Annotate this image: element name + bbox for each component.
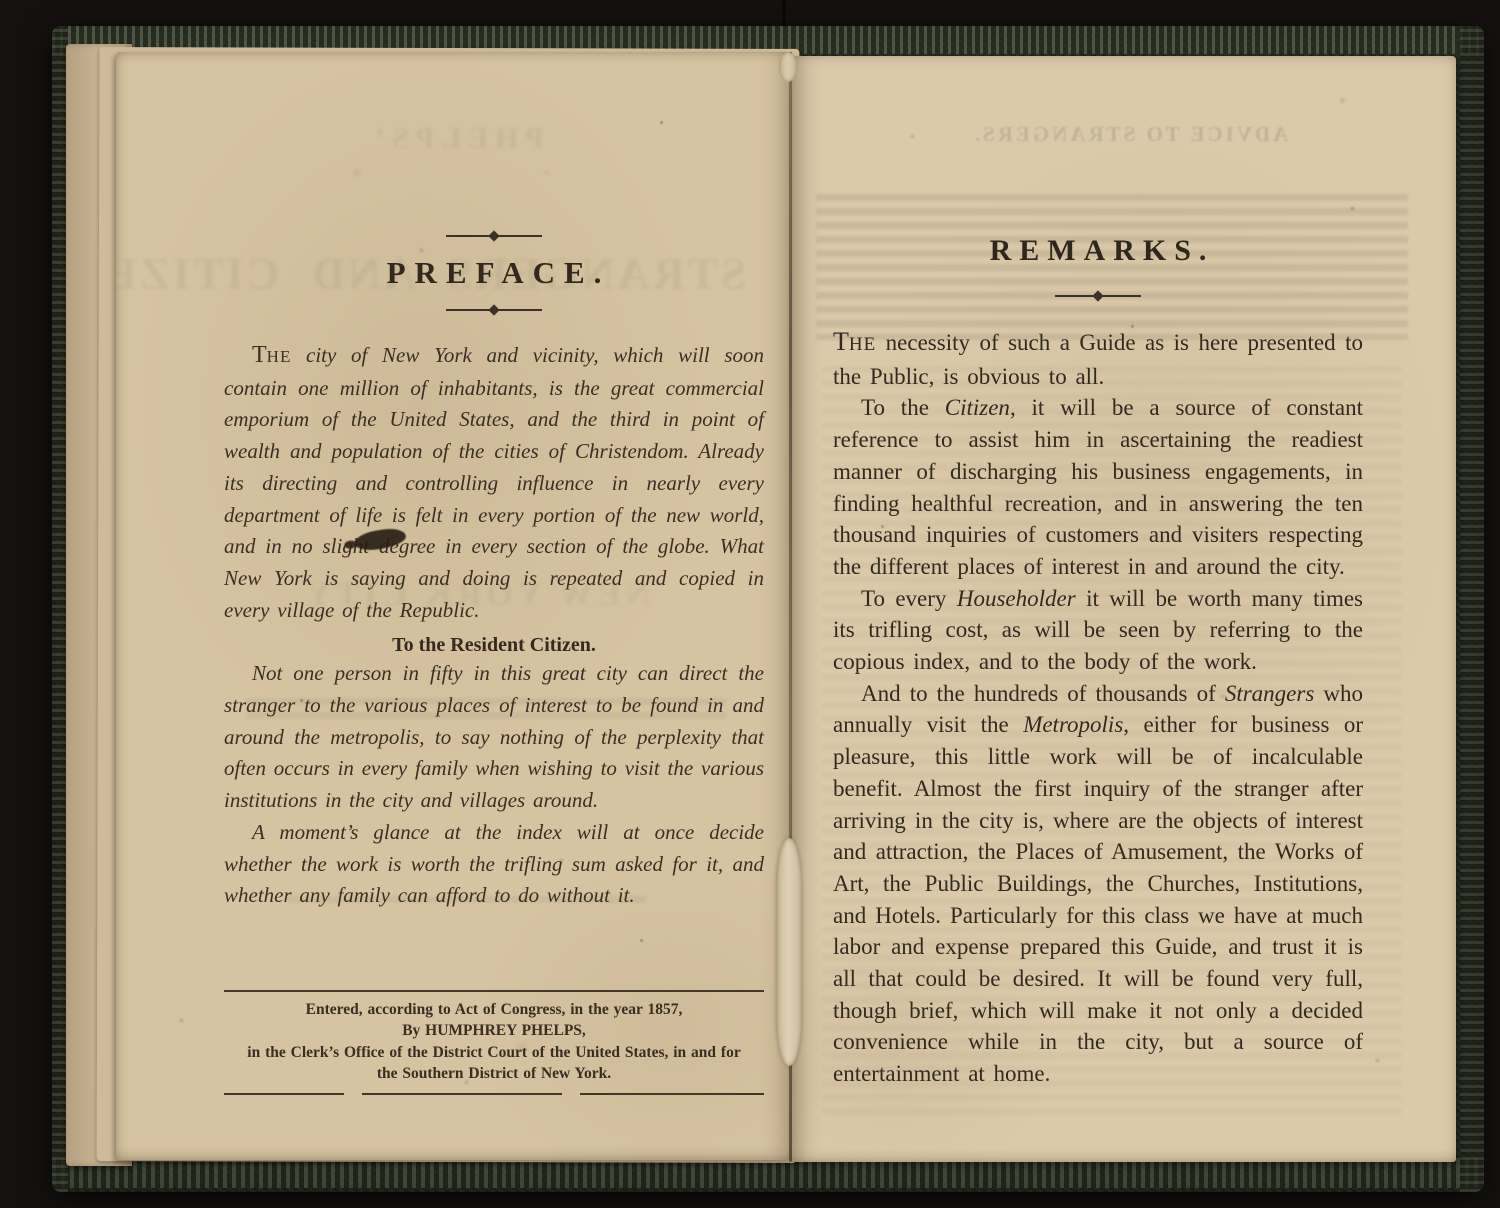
paragraph-text: , it will be a source of constant refere…	[833, 395, 1363, 579]
preface-paragraph-1: THE city of New York and vicinity, which…	[224, 340, 764, 626]
paragraph-text: And to the hundreds of thousands of	[861, 681, 1225, 706]
paragraph-text: To the	[861, 395, 945, 420]
drop-initial: T	[833, 327, 849, 356]
paper-tear-top	[779, 52, 797, 82]
cover-right-edge	[1460, 26, 1484, 1192]
remarks-paragraph-4: And to the hundreds of thousands of Stra…	[833, 678, 1363, 1090]
emphasized-word: Metropolis	[1023, 712, 1123, 737]
copyright-notice: Entered, according to Act of Congress, i…	[224, 990, 764, 1095]
paragraph-text: To every	[861, 586, 957, 611]
emphasized-word: Strangers	[1225, 681, 1314, 706]
preface-content: PREFACE. THE city of New York and vicini…	[224, 232, 764, 1095]
paragraph-text: , either for business or pleasure, this …	[833, 712, 1363, 1086]
drop-initial: T	[252, 342, 267, 368]
copyright-line: in the Clerk’s Office of the District Co…	[224, 1043, 764, 1063]
paragraph-text: necessity of such a Guide as is here pre…	[833, 330, 1363, 389]
diamond-rule-ornament	[446, 306, 542, 314]
diamond-rule-ornament	[446, 232, 542, 240]
copyright-rule-bottom	[224, 1093, 764, 1095]
diamond-rule-ornament	[1055, 292, 1141, 300]
paper-tear	[776, 838, 802, 1066]
remarks-content: REMARKS. THE necessity of such a Guide a…	[833, 234, 1363, 1090]
copyright-rule-top	[224, 990, 764, 992]
remarks-paragraph-3: To every Householder it will be worth ma…	[833, 583, 1363, 678]
small-caps: HE	[849, 334, 876, 355]
right-page: ADVICE TO STRANGERS. REMARKS. THE necess…	[792, 56, 1456, 1162]
copyright-line: Entered, according to Act of Congress, i…	[224, 1000, 764, 1020]
remarks-paragraph-1: THE necessity of such a Guide as is here…	[833, 326, 1363, 392]
paragraph-text: city of New York and vicinity, which wil…	[224, 343, 764, 622]
remarks-paragraph-2: To the Citizen, it will be a source of c…	[833, 392, 1363, 582]
emphasized-word: Householder	[957, 586, 1076, 611]
ghost-text-title: PHELPS’	[226, 122, 686, 156]
remarks-heading: REMARKS.	[833, 234, 1363, 268]
preface-heading: PREFACE.	[224, 256, 764, 290]
copyright-line: the Southern District of New York.	[224, 1064, 764, 1084]
left-page: PHELPS’ STRANGERS AND CITIZENS’ NEW YORK…	[116, 52, 792, 1160]
emphasized-word: Citizen	[945, 395, 1010, 420]
preface-paragraph-3: A moment’s glance at the index will at o…	[224, 817, 764, 912]
resident-citizen-heading: To the Resident Citizen.	[224, 632, 764, 658]
preface-paragraph-2: Not one person in fifty in this great ci…	[224, 658, 764, 817]
photo-backdrop: PHELPS’ STRANGERS AND CITIZENS’ NEW YORK…	[0, 0, 1500, 1208]
small-caps: HE	[267, 347, 292, 366]
ghost-text-advice-heading: ADVICE TO STRANGERS.	[920, 122, 1340, 147]
copyright-line: By HUMPHREY PHELPS,	[224, 1021, 764, 1041]
